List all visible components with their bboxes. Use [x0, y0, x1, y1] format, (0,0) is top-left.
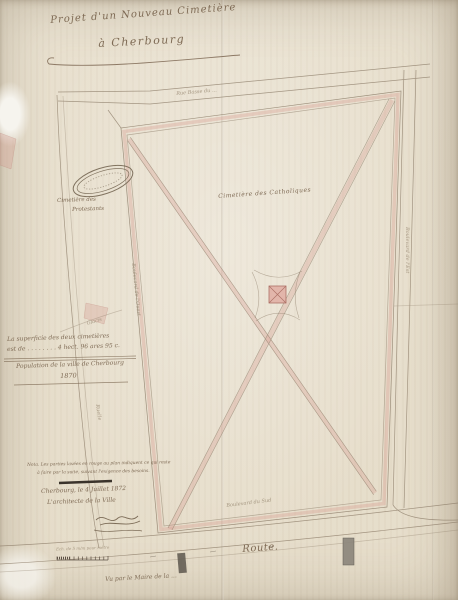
red-tint-patches: [0, 133, 108, 324]
plan-drawing: [0, 0, 458, 600]
diagonal-alleys: [128, 99, 395, 530]
central-red-square: [269, 286, 286, 303]
scanned-map-sheet: Projet d'un Nouveau Cimetière à Cherbour…: [0, 0, 458, 600]
population-year: 1870: [60, 371, 77, 380]
title-underline: [48, 55, 240, 65]
protestant-cemetery-label-line2: Protestants: [72, 206, 104, 213]
east-road-label: Boulevard de l'Est: [404, 227, 410, 273]
nota-separator-bar: [59, 481, 112, 483]
